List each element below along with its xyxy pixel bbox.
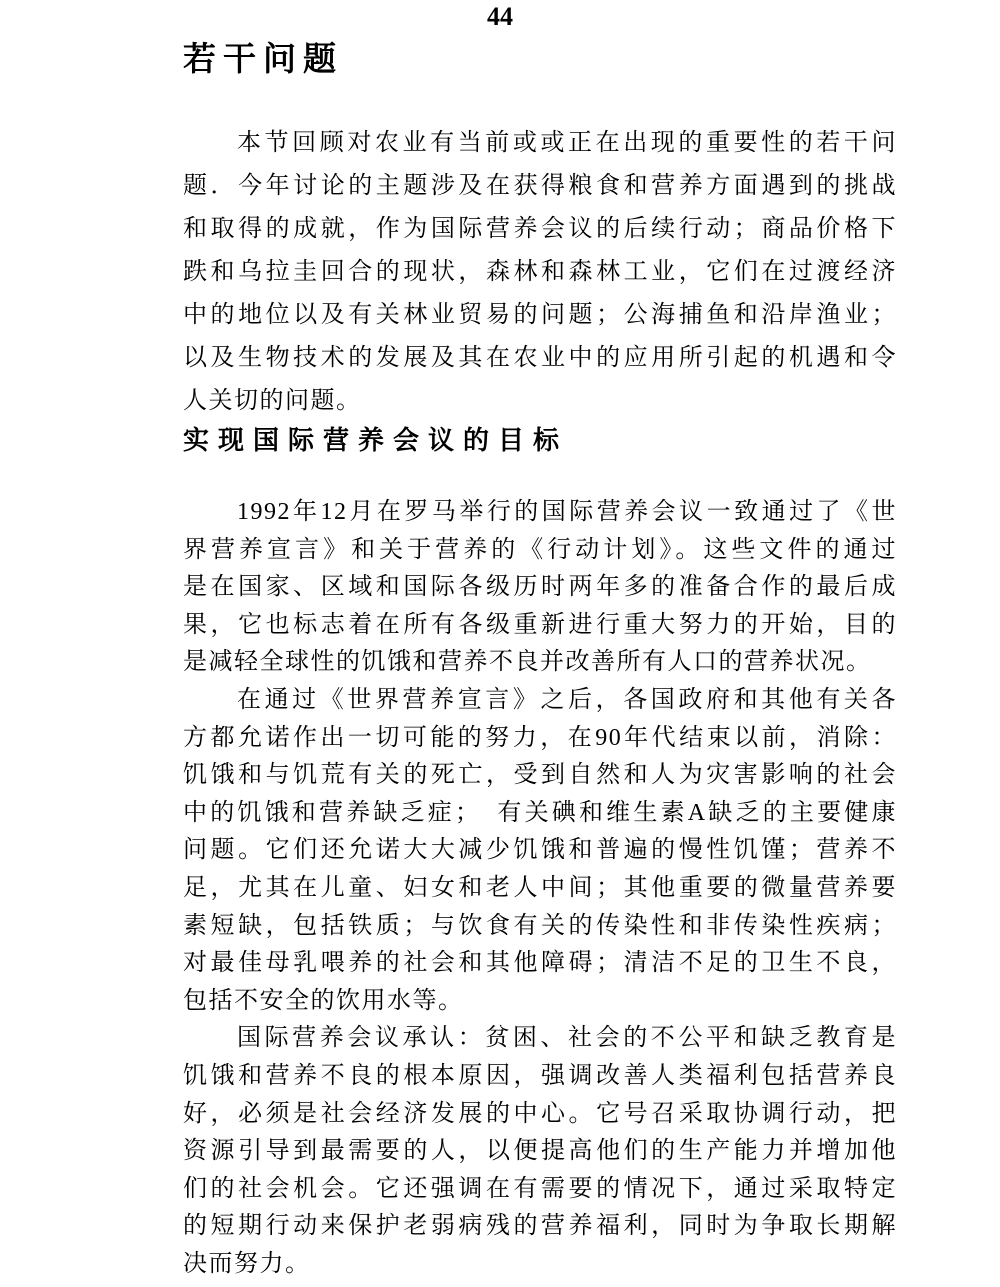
text-line: 人关切的问题。: [183, 380, 897, 423]
text-line: 对最佳母乳喂养的社会和其他障碍；清洁不足的卫生不良，: [183, 945, 897, 983]
text-line: 好，必须是社会经济发展的中心。它号召采取协调行动，把: [183, 1096, 897, 1134]
text-line: 跌和乌拉圭回合的现状，森林和森林工业，它们在过渡经济: [183, 251, 897, 294]
text-line: 足，尤其在儿童、妇女和老人中间；其他重要的微量营养要: [183, 870, 897, 908]
text-line: 本节回顾对农业有当前或或正在出现的重要性的若干问: [183, 122, 897, 165]
page-number: 44: [0, 2, 1000, 32]
text-line: 方都允诺作出一切可能的努力，在90年代结束以前，消除：: [183, 720, 897, 758]
text-line: 包括不安全的饮用水等。: [183, 983, 897, 1021]
text-line: 中的地位以及有关林业贸易的问题；公海捕鱼和沿岸渔业；: [183, 294, 897, 337]
text-line: 问题。它们还允诺大大减少饥饿和普遍的慢性饥馑；营养不: [183, 832, 897, 870]
text-line: 决而努力。: [183, 1246, 897, 1284]
document-page: 44 若干问题 本节回顾对农业有当前或或正在出现的重要性的若干问 题．今年讨论的…: [0, 0, 1000, 1287]
text-line: 在通过《世界营养宣言》之后，各国政府和其他有关各: [183, 682, 897, 720]
paragraph-2: 在通过《世界营养宣言》之后，各国政府和其他有关各 方都允诺作出一切可能的努力，在…: [183, 682, 897, 1020]
page-title: 若干问题: [183, 33, 343, 80]
text-line: 是减轻全球性的饥饿和营养不良并改善所有人口的营养状况。: [183, 644, 897, 682]
section-heading: 实现国际营养会议的目标: [183, 420, 568, 457]
text-line: 国际营养会议承认：贫困、社会的不公平和缺乏教育是: [183, 1020, 897, 1058]
text-line: 饥饿和营养不良的根本原因，强调改善人类福利包括营养良: [183, 1058, 897, 1096]
text-line: 果，它也标志着在所有各级重新进行重大努力的开始，目的: [183, 607, 897, 645]
paragraph-3: 国际营养会议承认：贫困、社会的不公平和缺乏教育是 饥饿和营养不良的根本原因，强调…: [183, 1020, 897, 1283]
text-line: 饥饿和与饥荒有关的死亡，受到自然和人为灾害影响的社会: [183, 757, 897, 795]
text-line: 资源引导到最需要的人，以便提高他们的生产能力并增加他: [183, 1133, 897, 1171]
paragraph-1: 1992年12月在罗马举行的国际营养会议一致通过了《世 界营养宣言》和关于营养的…: [183, 494, 897, 682]
text-line: 们的社会机会。它还强调在有需要的情况下，通过采取特定: [183, 1171, 897, 1209]
section-body: 1992年12月在罗马举行的国际营养会议一致通过了《世 界营养宣言》和关于营养的…: [183, 494, 897, 1283]
text-line: 的短期行动来保护老弱病残的营养福利，同时为争取长期解: [183, 1208, 897, 1246]
paragraph-intro: 本节回顾对农业有当前或或正在出现的重要性的若干问 题．今年讨论的主题涉及在获得粮…: [183, 122, 897, 423]
text-line: 界营养宣言》和关于营养的《行动计划》。这些文件的通过: [183, 532, 897, 570]
text-line: 中的饥饿和营养缺乏症； 有关碘和维生素A缺乏的主要健康: [183, 795, 897, 833]
text-line: 题．今年讨论的主题涉及在获得粮食和营养方面遇到的挑战: [183, 165, 897, 208]
text-line: 和取得的成就，作为国际营养会议的后续行动；商品价格下: [183, 208, 897, 251]
text-line: 素短缺，包括铁质；与饮食有关的传染性和非传染性疾病；: [183, 908, 897, 946]
text-line: 是在国家、区域和国际各级历时两年多的准备合作的最后成: [183, 569, 897, 607]
text-line: 以及生物技术的发展及其在农业中的应用所引起的机遇和令: [183, 337, 897, 380]
text-line: 1992年12月在罗马举行的国际营养会议一致通过了《世: [183, 494, 897, 532]
